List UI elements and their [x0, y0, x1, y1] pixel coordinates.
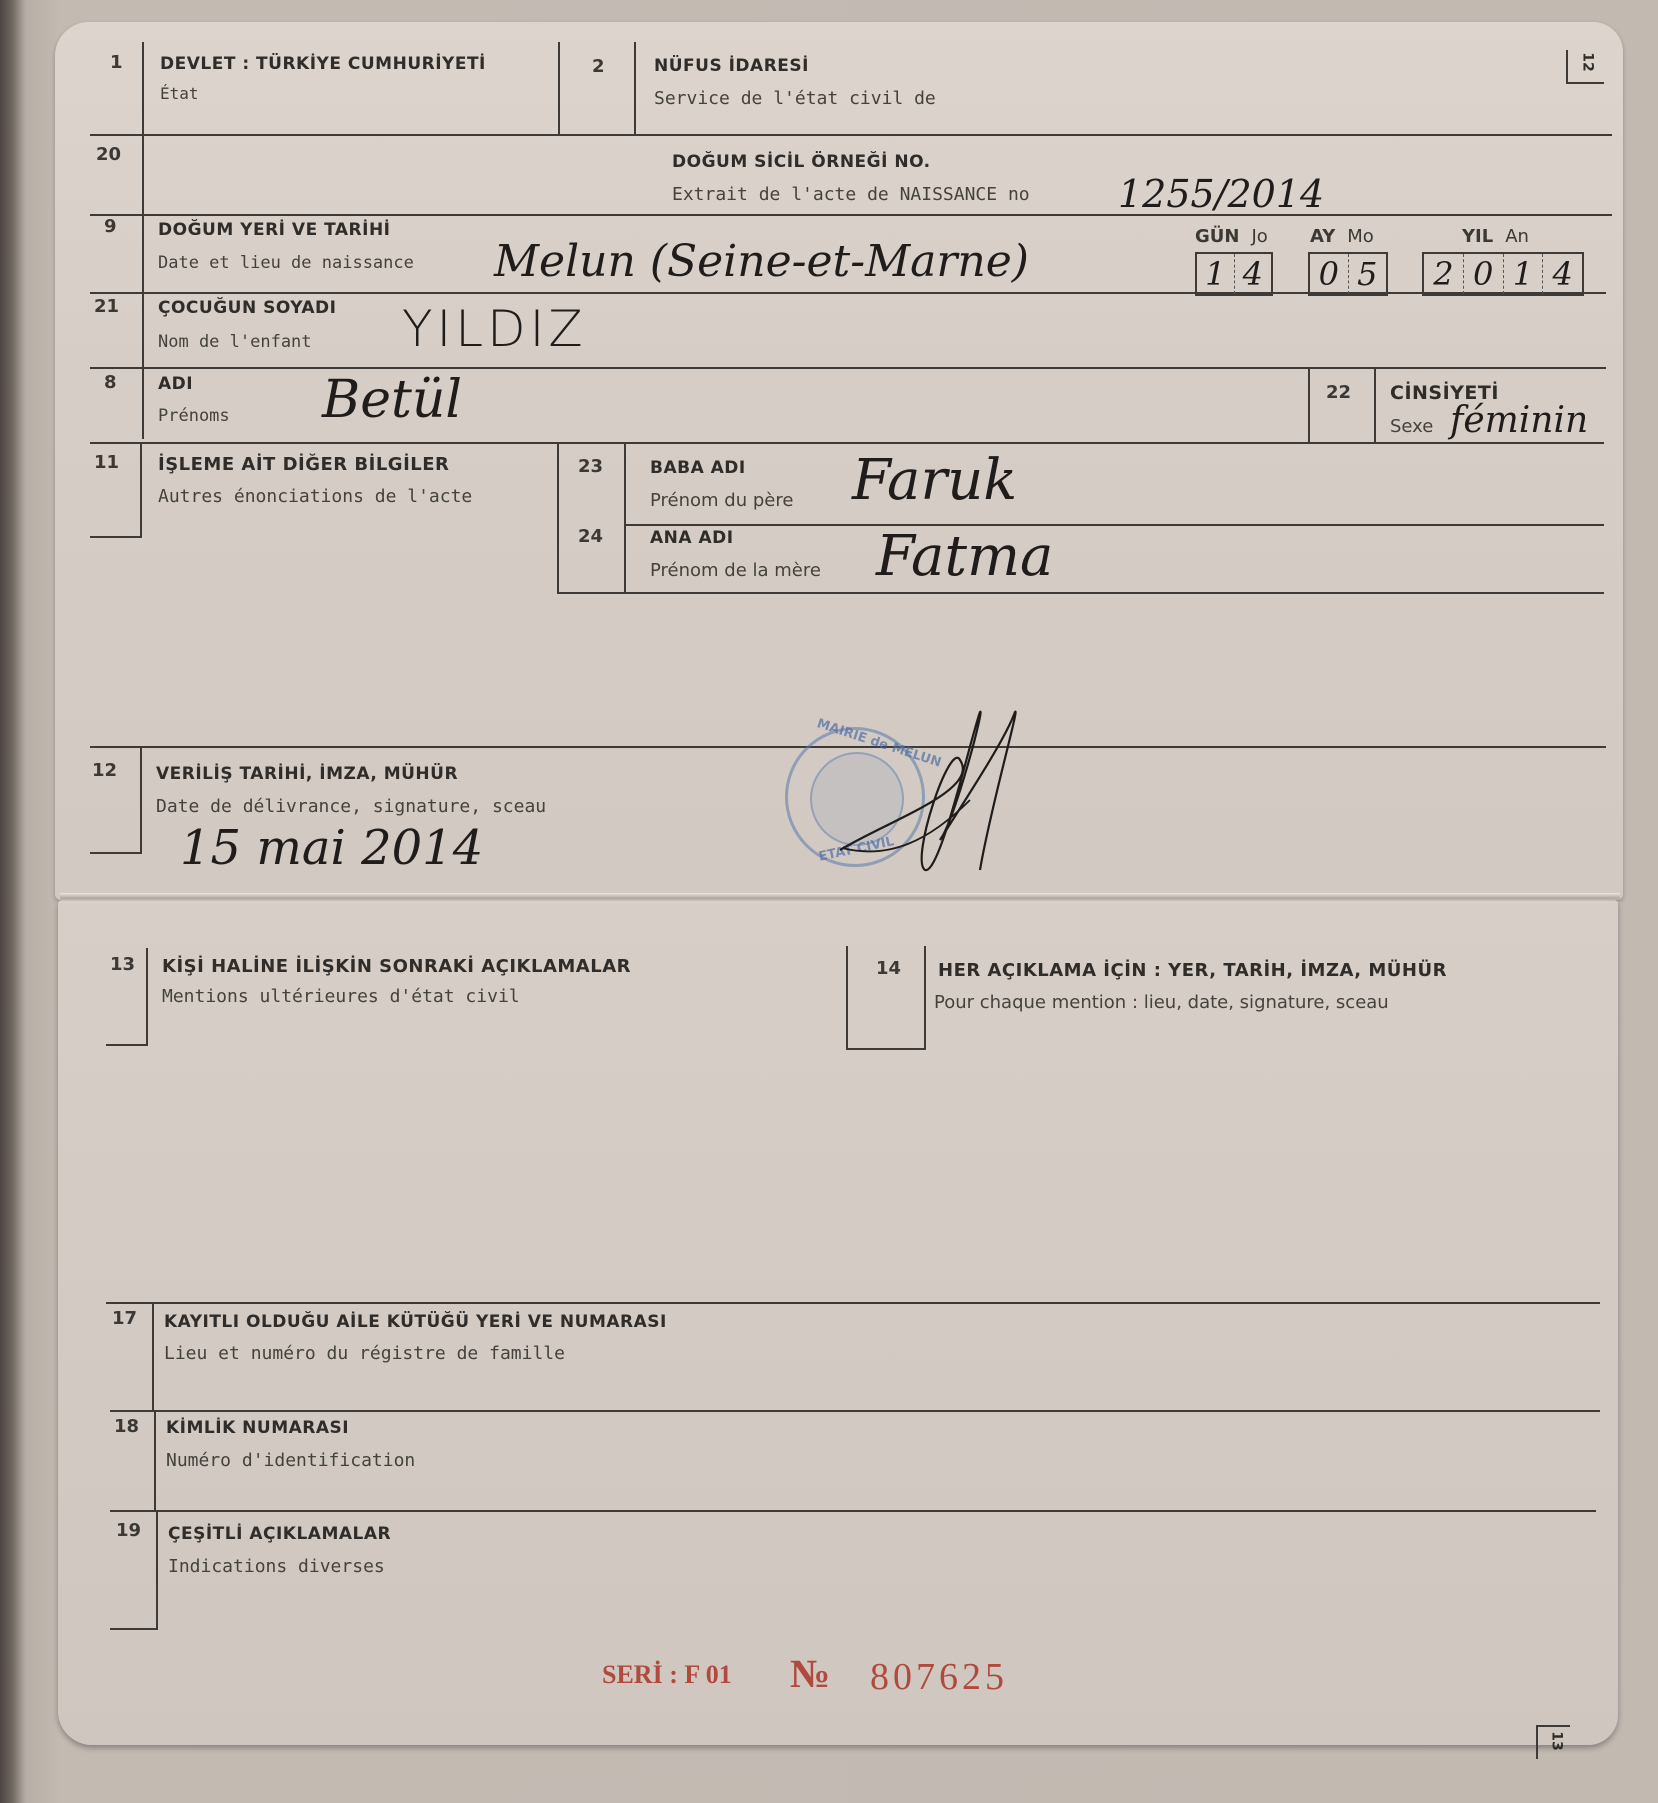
label-turkish: DOĞUM YERİ VE TARİHİ — [158, 220, 391, 240]
field-number: 19 — [116, 1520, 141, 1541]
year-digit: 4 — [1543, 254, 1582, 294]
serial-number-value: 807625 — [870, 1655, 1008, 1699]
field-number: 11 — [94, 452, 119, 473]
label-turkish: ADI — [158, 374, 193, 394]
field-number: 18 — [114, 1416, 139, 1437]
series-label: SERİ : F 01 — [602, 1660, 732, 1690]
day-header: GÜNJo — [1195, 226, 1268, 247]
label-turkish: VERİLİŞ TARİHİ, İMZA, MÜHÜR — [156, 764, 458, 784]
label-turkish: HER AÇIKLAMA İÇİN : YER, TARİH, İMZA, MÜ… — [938, 960, 1447, 981]
field-number: 8 — [104, 372, 117, 393]
label-turkish: KAYITLI OLDUĞU AİLE KÜTÜĞÜ YERİ VE NUMAR… — [164, 1312, 667, 1332]
number-sign: № — [790, 1650, 830, 1697]
sex-value: féminin — [1450, 400, 1588, 441]
signature-icon — [830, 700, 1030, 890]
label-french: Pour chaque mention : lieu, date, signat… — [934, 992, 1389, 1013]
month-box: 0 5 — [1308, 252, 1388, 296]
field-number: 14 — [876, 958, 901, 979]
day-digit: 1 — [1197, 254, 1235, 294]
label-french: Date et lieu de naissance — [158, 253, 414, 273]
page-number-top: 12 — [1580, 52, 1596, 71]
field-number: 22 — [1326, 382, 1351, 403]
mother-name-value: Fatma — [876, 524, 1053, 589]
child-surname-value: YILDIZ — [402, 300, 587, 358]
label-french: Numéro d'identification — [166, 1450, 415, 1471]
label-turkish: KİŞİ HALİNE İLİŞKİN SONRAKİ AÇIKLAMALAR — [162, 956, 631, 977]
page-number-bottom: 13 — [1549, 1731, 1565, 1750]
label-french: Prénom de la mère — [650, 560, 821, 581]
field-number: 20 — [96, 144, 121, 165]
field-number: 2 — [592, 56, 605, 77]
year-box: 2 0 1 4 — [1422, 252, 1584, 296]
label-french: Prénom du père — [650, 490, 793, 511]
birth-place-value: Melun (Seine-et-Marne) — [494, 236, 1029, 287]
label-french: Prénoms — [158, 406, 230, 426]
label-turkish: NÜFUS İDARESİ — [654, 56, 809, 76]
year-header: YILAn — [1462, 226, 1529, 247]
label-french: Autres énonciations de l'acte — [158, 486, 472, 507]
year-digit: 2 — [1424, 254, 1464, 294]
issue-date-value: 15 mai 2014 — [180, 820, 483, 876]
day-digit: 4 — [1235, 254, 1272, 294]
label-french: Indications diverses — [168, 1556, 385, 1577]
label-french: Nom de l'enfant — [158, 332, 312, 352]
field-number: 21 — [94, 296, 119, 317]
month-header: AYMo — [1310, 226, 1374, 247]
field-number: 1 — [110, 52, 123, 73]
day-box: 1 4 — [1195, 252, 1273, 296]
father-name-value: Faruk — [852, 448, 1017, 513]
field-number: 23 — [578, 456, 603, 477]
label-french: Service de l'état civil de — [654, 88, 936, 109]
month-digit: 5 — [1349, 254, 1387, 294]
label-french: Extrait de l'acte de NAISSANCE no — [672, 184, 1030, 205]
label-turkish: ÇEŞİTLİ AÇIKLAMALAR — [168, 1524, 391, 1544]
label-french: Sexe — [1390, 416, 1433, 437]
label-turkish: DEVLET : TÜRKİYE CUMHURİYETİ — [160, 54, 486, 74]
year-digit: 0 — [1464, 254, 1504, 294]
child-given-name-value: Betül — [322, 370, 462, 430]
label-turkish: İŞLEME AİT DİĞER BİLGİLER — [158, 454, 449, 475]
label-french: État — [160, 84, 199, 103]
label-turkish: ANA ADI — [650, 528, 734, 548]
field-number: 9 — [104, 216, 117, 237]
year-digit: 1 — [1504, 254, 1544, 294]
label-turkish: KİMLİK NUMARASI — [166, 1418, 349, 1438]
field-number: 24 — [578, 526, 603, 547]
label-turkish: BABA ADI — [650, 458, 746, 478]
label-turkish: DOĞUM SİCİL ÖRNEĞİ NO. — [672, 152, 931, 172]
field-number: 12 — [92, 760, 117, 781]
label-french: Mentions ultérieures d'état civil — [162, 986, 520, 1007]
field-number: 17 — [112, 1308, 137, 1329]
paper-fold — [60, 893, 1620, 903]
extract-number-value: 1255/2014 — [1118, 172, 1324, 216]
month-digit: 0 — [1310, 254, 1349, 294]
label-french: Lieu et numéro du régistre de famille — [164, 1343, 565, 1364]
field-number: 13 — [110, 954, 135, 975]
label-french: Date de délivrance, signature, sceau — [156, 796, 546, 817]
label-turkish: ÇOCUĞUN SOYADI — [158, 298, 336, 318]
